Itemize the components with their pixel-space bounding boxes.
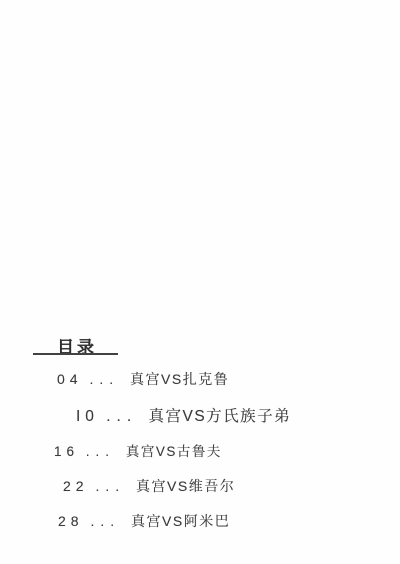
document-page: 目录 04 ... 真宫VS扎克鲁 I0 ... 真宫VS方氏族子弟 16 ..…	[0, 0, 400, 564]
toc-entry-page-number: 28	[58, 513, 84, 529]
toc-entry-title: 真宫VS方氏族子弟	[148, 408, 291, 425]
toc-entry: 28 ... 真宫VS阿米巴	[58, 511, 230, 531]
toc-entry-dots: ...	[95, 478, 125, 494]
toc-entry-page-number: I0	[76, 408, 99, 425]
toc-entry-page-number: 04	[57, 371, 83, 387]
toc-entry-title: 真宫VS维吾尔	[136, 478, 235, 494]
toc-title-underline	[33, 353, 118, 355]
toc-entry-dots: ...	[106, 408, 137, 425]
toc-entry-page-number: 16	[54, 444, 79, 459]
toc-entry-dots: ...	[90, 513, 120, 529]
toc-entry: I0 ... 真宫VS方氏族子弟	[76, 404, 291, 426]
toc-entry: 22 ... 真宫VS维吾尔	[63, 476, 235, 496]
toc-entry: 04 ... 真宫VS扎克鲁	[57, 369, 229, 389]
toc-entry-page-number: 22	[63, 478, 89, 494]
toc-entry-title: 真宫VS阿米巴	[131, 513, 230, 529]
toc-entry: 16 ... 真宫VS古鲁夫	[54, 440, 222, 460]
toc-entry-dots: ...	[89, 371, 119, 387]
toc-entry-dots: ...	[86, 444, 115, 459]
toc-entry-title: 真宫VS扎克鲁	[130, 371, 229, 387]
toc-entry-title: 真宫VS古鲁夫	[126, 444, 222, 459]
